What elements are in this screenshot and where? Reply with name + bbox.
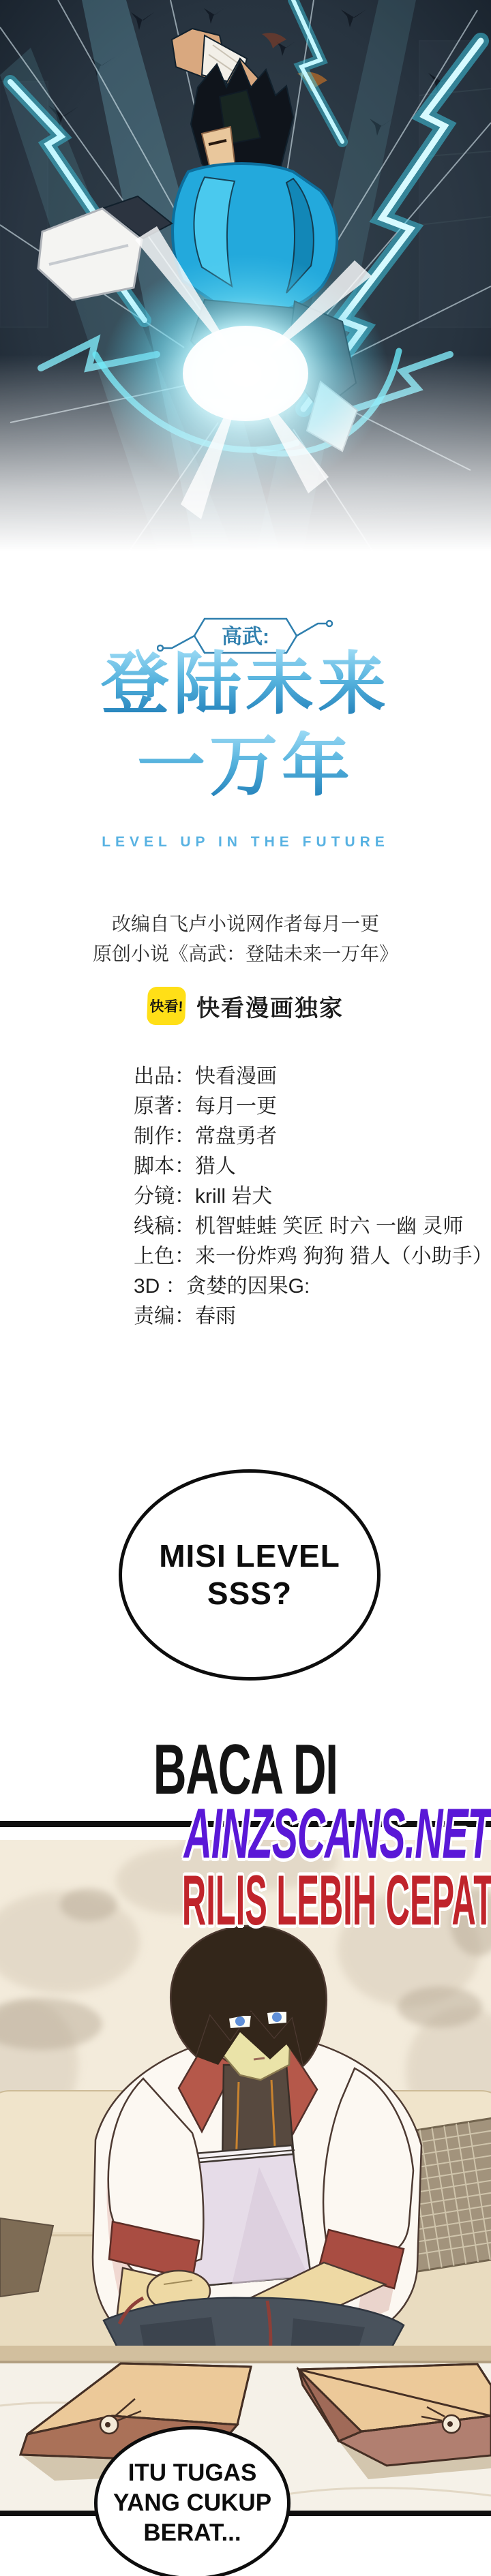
credit-row: 责编：春雨 <box>134 1302 488 1332</box>
speech-bubble-task-line3: BERAT... <box>143 2518 241 2548</box>
credit-row: 3D ：贪婪的因果G: <box>134 1272 488 1302</box>
adaptation-note-line2: 原创小说《高武：登陆未来一万年》 <box>0 939 491 966</box>
promo-line3-text: RILIS LEBIH CEPAT! <box>182 1867 491 1935</box>
speech-bubble-task-line1: ITU TUGAS <box>128 2458 257 2488</box>
speech-bubble-task: ITU TUGAS YANG CUKUP BERAT... <box>94 2426 291 2576</box>
panel-2-artwork <box>0 1840 491 2516</box>
credit-row: 分镜：krill 岩犬 <box>134 1182 488 1212</box>
comic-page: 高武: 登陆未来 一万年 LEVEL UP IN THE FUTURE 改编自飞… <box>0 0 491 2576</box>
speech-bubble-mission-line1: MISI LEVEL <box>159 1537 340 1575</box>
credit-row: 线稿：机智蛙蛙 笑匠 时六 一幽 灵师 <box>134 1212 488 1242</box>
logo-title-line1: 登陆未来 <box>0 649 491 720</box>
credit-row: 脚本：猎人 <box>134 1152 488 1182</box>
speech-bubble-task-line2: YANG CUKUP <box>113 2488 271 2518</box>
kuaikan-logo-icon: 快看! <box>147 987 186 1025</box>
logo-badge-label: 高武: <box>222 625 269 648</box>
kuaikan-logo-text: 快看! <box>149 996 183 1016</box>
credit-row: 原著：每月一更 <box>134 1092 488 1122</box>
adaptation-note-line1: 改编自飞卢小说网作者每月一更 <box>0 909 491 936</box>
credit-row: 制作：常盘勇者 <box>134 1122 488 1152</box>
speech-bubble-mission-line2: SSS? <box>207 1575 292 1612</box>
platform-exclusive-label: 快看漫画独家 <box>196 990 344 1023</box>
promo-line2: AINZSCANS.NET UNTUK <box>0 1800 491 1868</box>
speech-bubble-mission: MISI LEVEL SSS? <box>119 1469 381 1681</box>
promo-line1: BACA DI <box>0 1736 491 1804</box>
promo-line3: RILIS LEBIH CEPAT! <box>0 1867 491 1935</box>
platform-row: 快看! 快看漫画独家 <box>0 987 491 1025</box>
credit-row: 出品：快看漫画 <box>134 1062 488 1092</box>
promo-line1-text: BACA DI <box>153 1736 338 1804</box>
logo-title-line2: 一万年 <box>0 731 491 802</box>
panel-1-artwork <box>0 0 491 600</box>
credits-list: 出品：快看漫画 原著：每月一更 制作：常盘勇者 脚本：猎人 分镜：krill 岩… <box>134 1062 488 1332</box>
credit-row: 上色：来一份炸鸡 狗狗 猎人（小助手） <box>134 1242 488 1272</box>
logo-subtitle: LEVEL UP IN THE FUTURE <box>0 834 491 850</box>
